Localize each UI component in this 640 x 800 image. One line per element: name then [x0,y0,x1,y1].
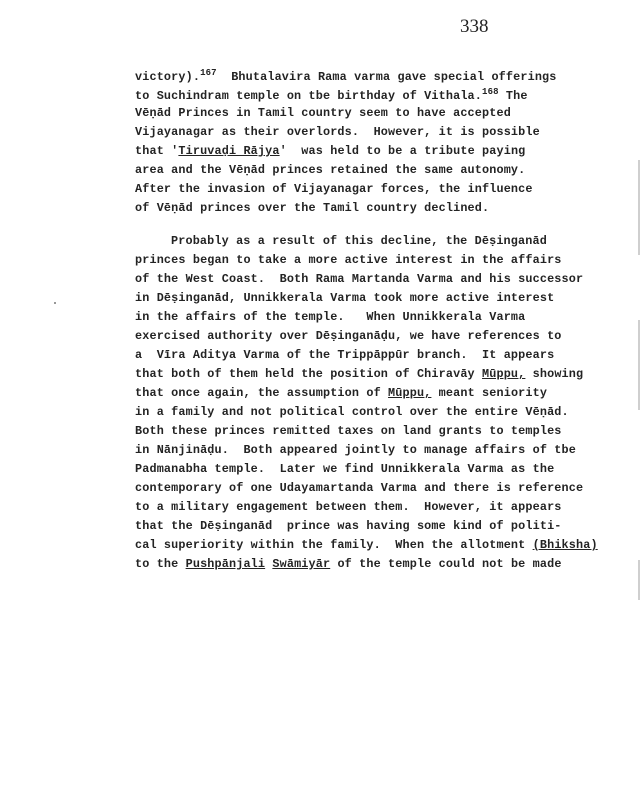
text-line: Both these princes remitted taxes on lan… [135,424,562,438]
text-line: of the West Coast. Both Rama Martanda Va… [135,272,583,286]
text-line: to Suchindram temple on tbe birthday of … [135,87,528,103]
text-line: in Dēṣinganād, Unnikkerala Varma took mo… [135,291,554,305]
text-line: area and the Vēṇād princes retained the … [135,163,525,177]
text-line: in a family and not political control ov… [135,405,569,419]
underlined-term: Pushpānjali [186,557,266,571]
text-line: in Nānjināḍu. Both appeared jointly to m… [135,443,576,457]
footnote-ref: 168 [482,87,499,97]
text-line: exercised authority over Dēṣinganāḍu, we… [135,329,562,343]
underlined-term: Tiruvaḍi Rājya [178,144,279,158]
text-line: princes began to take a more active inte… [135,253,562,267]
text-line: that the Dēṣinganād prince was having so… [135,519,562,533]
text-line: to a military engagement between them. H… [135,500,562,514]
underlined-term: Mūppu, [388,386,431,400]
text-line: in the affairs of the temple. When Unnik… [135,310,525,324]
underlined-term: Swāmiyār [272,557,330,571]
text-line: cal superiority within the family. When … [135,538,598,552]
text-line: Vijayanagar as their overlords. However,… [135,125,540,139]
page-number: 338 [460,16,489,38]
text-line: to the Pushpānjali Swāmiyār of the templ… [135,557,562,571]
text-line: of Vēṇād princes over the Tamil country … [135,201,489,215]
text-line: victory).167 Bhutalavira Rama varma gave… [135,68,557,84]
underlined-term: (Bhiksha) [533,538,598,552]
text-line: Probably as a result of this decline, th… [171,234,547,248]
text-line: Vēṇād Princes in Tamil country seem to h… [135,106,511,120]
underlined-term: Mūppu, [482,367,525,381]
text-line: that once again, the assumption of Mūppu… [135,386,547,400]
text-line: After the invasion of Vijayanagar forces… [135,182,533,196]
footnote-ref: 167 [200,68,217,78]
scan-speck [54,302,56,304]
text-line: Padmanabha temple. Later we find Unnikke… [135,462,554,476]
text-line: a Vīra Aditya Varma of the Trippāppūr br… [135,348,554,362]
text-line: contemporary of one Udayamartanda Varma … [135,481,583,495]
text-line: that 'Tiruvaḍi Rājya' was held to be a t… [135,144,525,158]
text-line: that both of them held the position of C… [135,367,583,381]
